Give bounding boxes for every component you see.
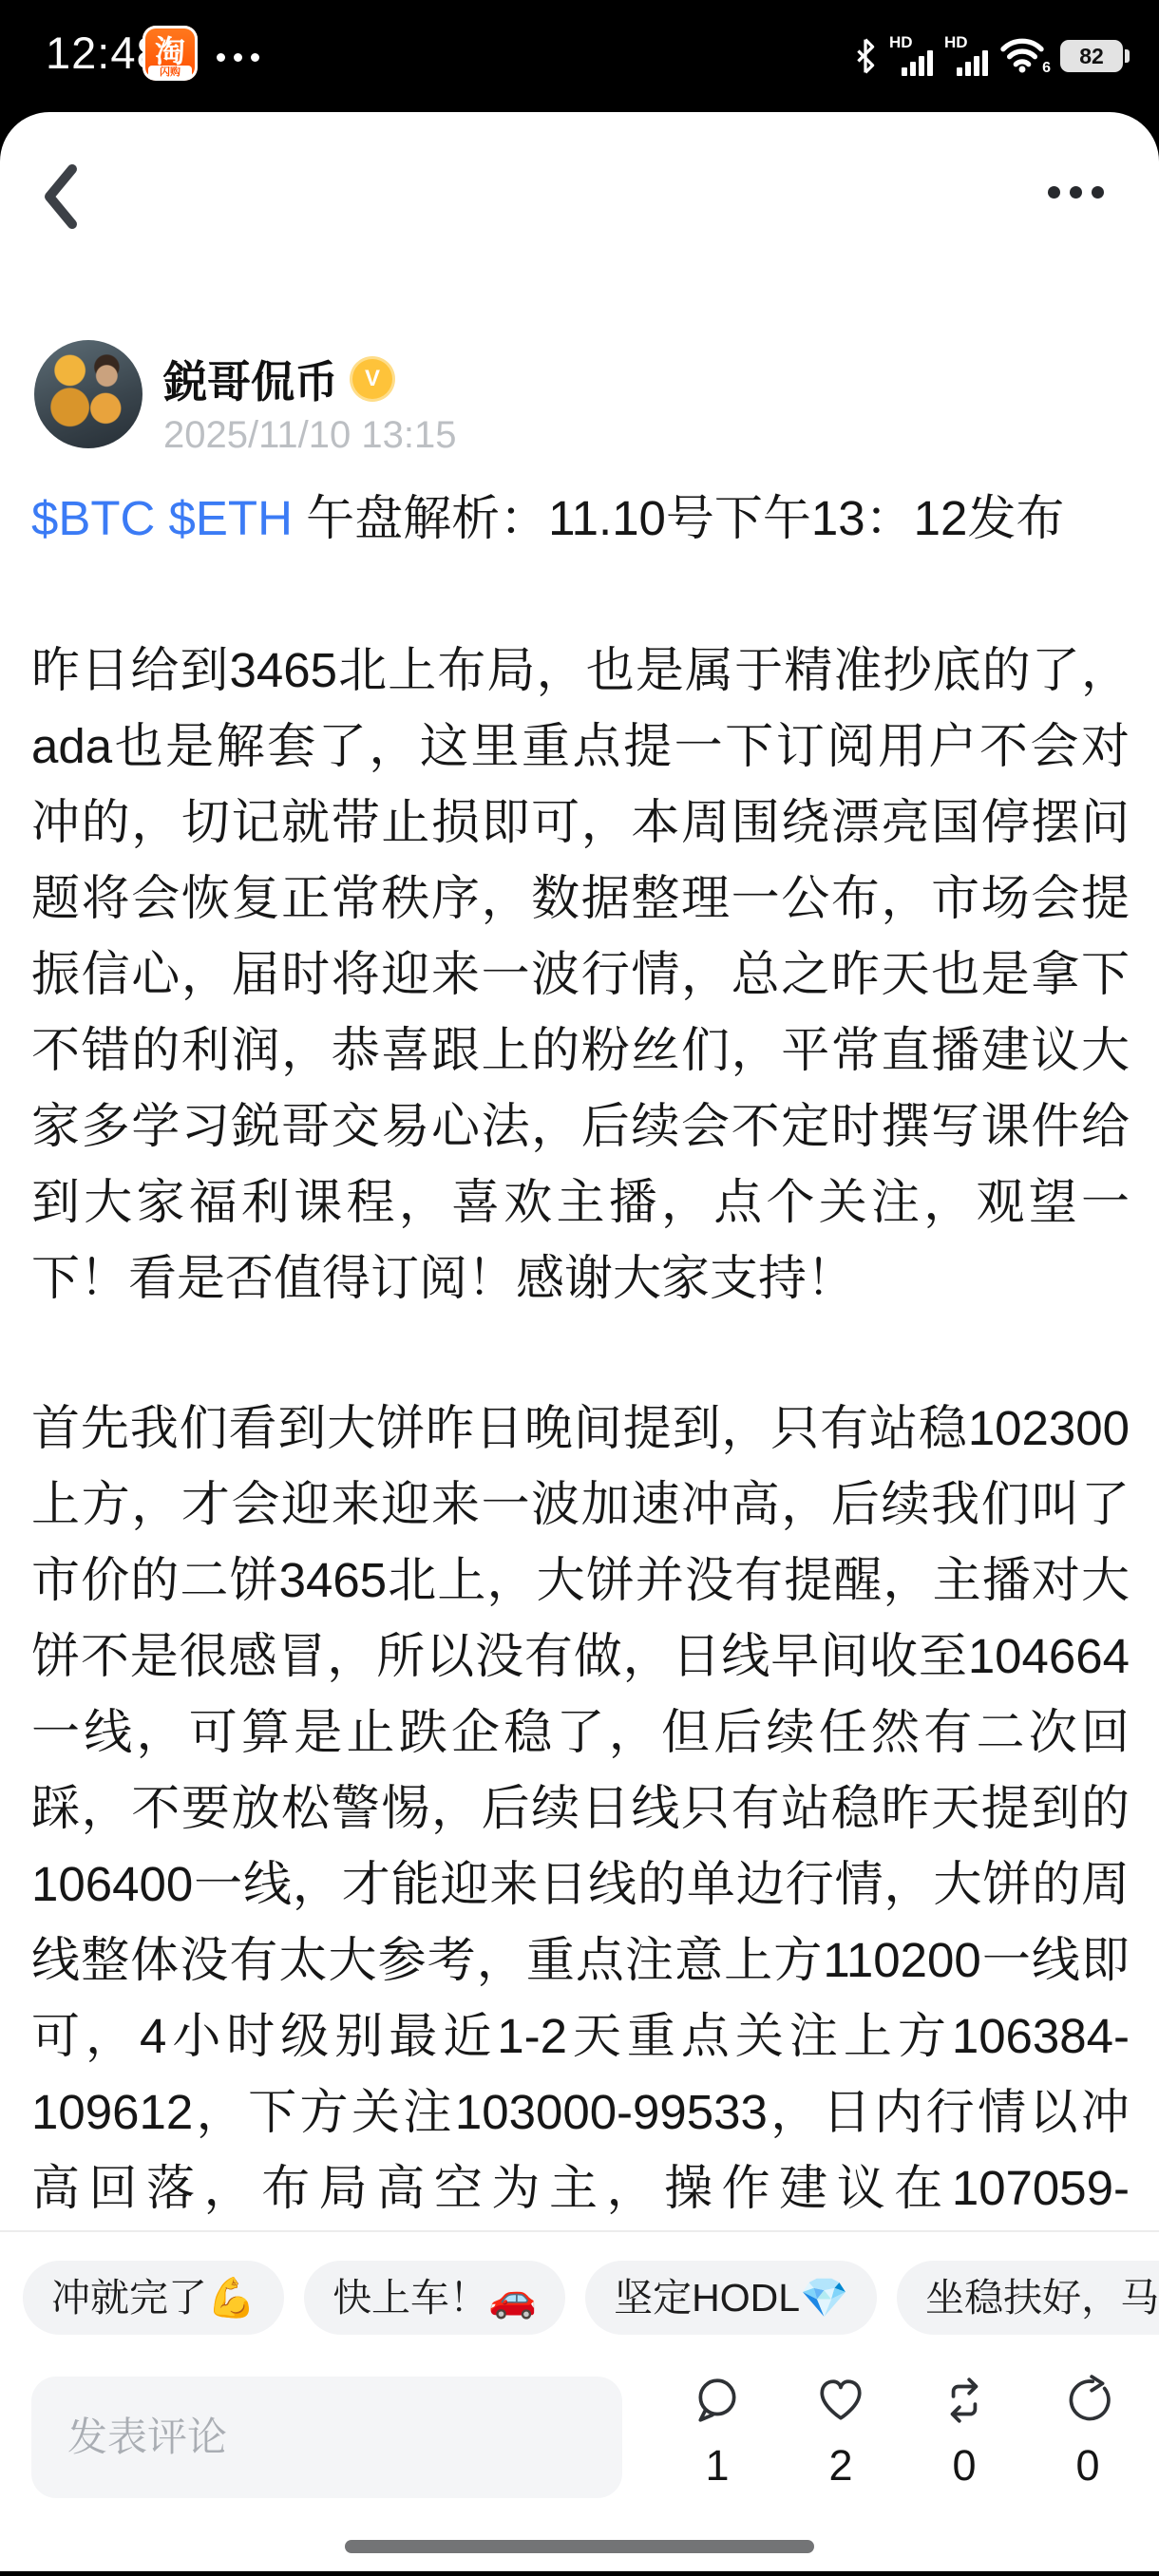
share-count: 0 xyxy=(1075,2441,1099,2491)
cellular-signal-1-icon: HD xyxy=(889,34,933,78)
like-count: 2 xyxy=(828,2441,852,2491)
status-icons: HD HD 6 82 xyxy=(853,0,1123,112)
status-bar: 12:48 淘 闪购 HD HD xyxy=(0,0,1159,112)
quick-reply-chip[interactable]: 坐稳扶好，马上 xyxy=(897,2261,1159,2335)
taobao-app-icon: 淘 闪购 xyxy=(142,26,198,81)
comment-input[interactable] xyxy=(31,2377,622,2498)
bluetooth-icon xyxy=(853,37,878,75)
repost-button[interactable]: 0 xyxy=(917,2375,1012,2491)
verified-badge-icon: V xyxy=(352,359,392,399)
heart-icon xyxy=(815,2375,866,2426)
author-row: 鋭哥侃币 V xyxy=(163,348,392,410)
more-options-button[interactable] xyxy=(1048,186,1104,199)
ticker-link[interactable]: $BTC $ETH xyxy=(31,491,293,545)
phone-screen: 12:48 淘 闪购 HD HD xyxy=(0,0,1159,2576)
app-card: 鋭哥侃币 V 2025/11/10 13:15 $BTC $ETH 午盘解析：1… xyxy=(0,112,1159,2571)
battery-icon: 82 xyxy=(1060,40,1123,72)
taobao-flash-label: 闪购 xyxy=(148,66,192,80)
share-redo-icon xyxy=(1062,2375,1113,2426)
section-divider xyxy=(0,2230,1159,2232)
comment-button[interactable]: 1 xyxy=(670,2375,765,2491)
quick-reply-chip[interactable]: 冲就完了💪 xyxy=(23,2261,284,2335)
chevron-left-icon xyxy=(36,161,89,232)
cellular-signal-2-icon: HD xyxy=(944,34,988,78)
repost-count: 0 xyxy=(952,2441,976,2491)
post-paragraph-1: 昨日给到3465北上布局，也是属于精准抄底的了，ada也是解套了，这里重点提一下… xyxy=(31,633,1130,1316)
notification-ellipsis-icon xyxy=(217,53,259,62)
post-title: $BTC $ETH 午盘解析：11.10号下午13：12发布 xyxy=(31,481,1130,557)
author-name[interactable]: 鋭哥侃币 xyxy=(163,348,338,410)
post-timestamp: 2025/11/10 13:15 xyxy=(163,414,456,457)
post-title-text: 午盘解析：11.10号下午13：12发布 xyxy=(293,491,1064,545)
avatar[interactable] xyxy=(34,340,142,448)
quick-reply-chip[interactable]: 坚定HODL💎 xyxy=(585,2261,877,2335)
back-button[interactable] xyxy=(36,161,89,232)
post-body: 昨日给到3465北上布局，也是属于精准抄底的了，ada也是解套了，这里重点提一下… xyxy=(31,633,1130,2221)
share-button[interactable]: 0 xyxy=(1040,2375,1135,2491)
quick-reply-chip[interactable]: 快上车！🚗 xyxy=(304,2261,565,2335)
wifi-icon: 6 xyxy=(999,35,1049,77)
comment-count: 1 xyxy=(705,2441,729,2491)
post-paragraph-2: 首先我们看到大饼昨日晚间提到，只有站稳102300上方，才会迎来迎来一波加速冲高… xyxy=(31,1391,1130,2221)
home-indicator[interactable] xyxy=(345,2540,814,2553)
speech-bubble-icon xyxy=(692,2375,743,2426)
repost-loop-icon xyxy=(939,2375,990,2426)
quick-reply-row: 冲就完了💪 快上车！🚗 坚定HODL💎 坐稳扶好，马上 xyxy=(23,2261,1159,2335)
like-button[interactable]: 2 xyxy=(793,2375,888,2491)
